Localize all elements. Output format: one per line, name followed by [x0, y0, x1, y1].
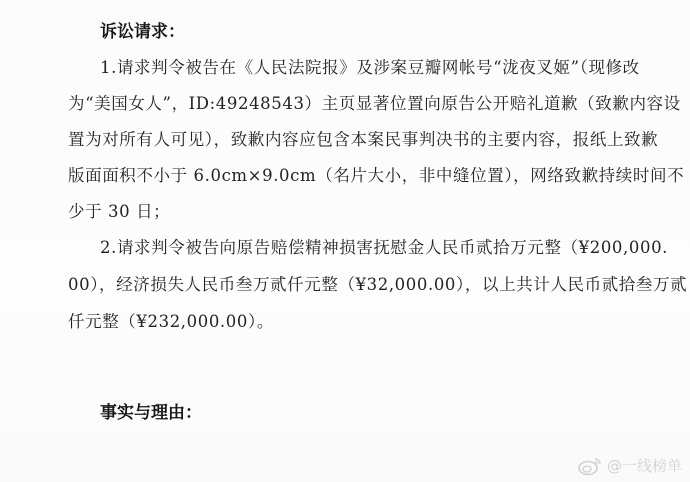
claim-1-line-1: 1.请求判令被告在《人民法院报》及涉案豆瓣网帐号“泷夜叉姬”（现修改: [100, 58, 640, 78]
claim-1-line-3: 置为对所有人可见），致歉内容应包含本案民事判决书的主要内容，报纸上致歉: [68, 130, 640, 150]
claim-2-line-3: 仟元整（¥232,000.00）。: [68, 312, 640, 332]
claim-1-line-4: 版面面积不小于 6.0cm×9.0cm（名片大小，非中缝位置），网络致歉持续时间…: [68, 166, 640, 186]
claim-1-line-5: 少于 30 日；: [68, 202, 640, 222]
watermark: @一线榜单: [577, 455, 682, 476]
claim-2-line-2: 00），经济损失人民币叁万贰仟元整（¥32,000.00），以上共计人民币贰拾叁…: [68, 275, 640, 295]
watermark-text: @一线榜单: [607, 455, 682, 476]
claim-1-line-2: 为“美国女人”，ID:49248543）主页显著位置向原告公开赔礼道歉（致歉内容…: [68, 94, 640, 114]
document-page: 诉讼请求： 1.请求判令被告在《人民法院报》及涉案豆瓣网帐号“泷夜叉姬”（现修改…: [0, 0, 690, 482]
section-heading-claims: 诉讼请求：: [100, 17, 185, 42]
claim-2-line-1: 2.请求判令被告向原告赔偿精神损害抚慰金人民币贰拾万元整（¥200,000.: [100, 238, 640, 258]
weibo-icon: [577, 456, 603, 476]
section-heading-facts: 事实与理由：: [100, 398, 202, 423]
